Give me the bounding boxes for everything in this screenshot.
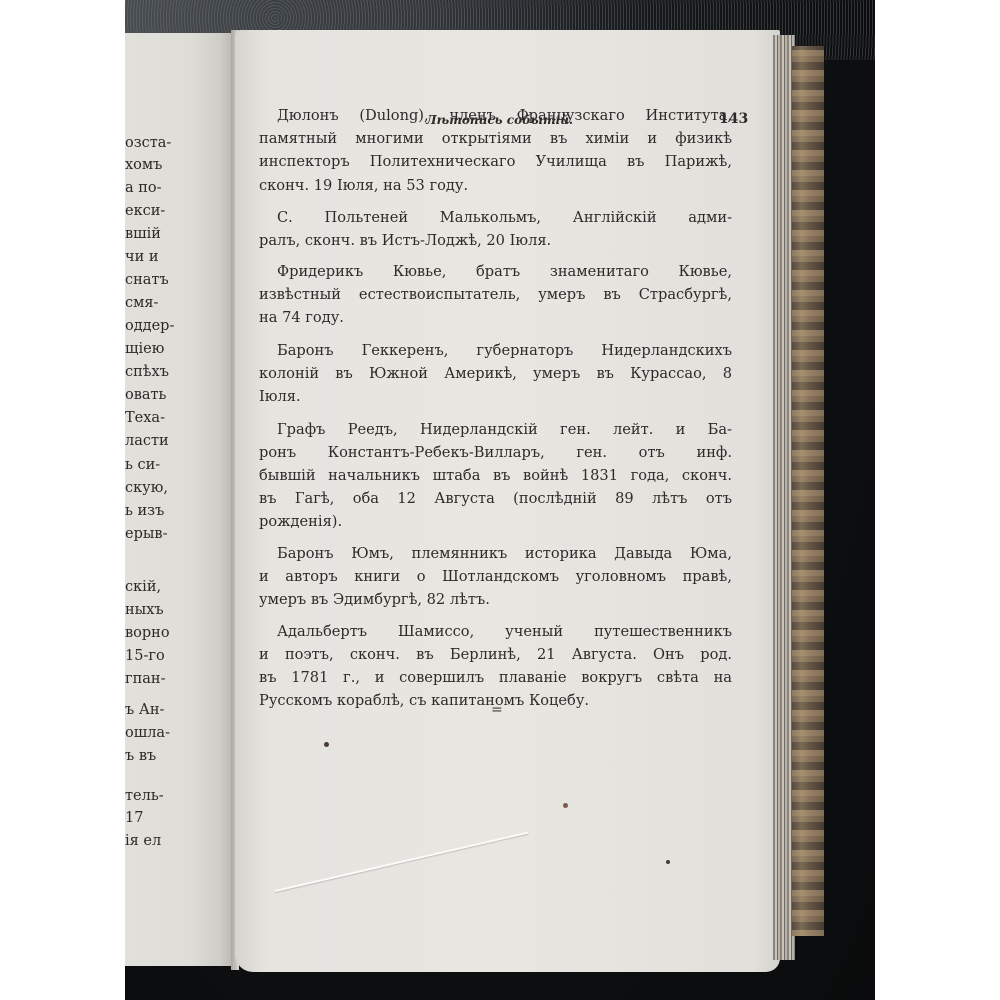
left-text-fragment: озста- xyxy=(125,135,171,151)
text-line: и авторъ книги о Шотландскомъ уголовномъ… xyxy=(259,568,732,585)
left-text-fragment: смя- xyxy=(125,295,158,311)
left-text-fragment: гпан- xyxy=(125,671,165,687)
text-line: въ Гагѣ, оба 12 Августа (послѣдній 89 лѣ… xyxy=(259,490,732,507)
left-text-fragment: ерыв- xyxy=(125,526,167,542)
text-line: въ 1781 г., и совершилъ плаваніе вокругъ… xyxy=(259,669,732,686)
left-text-fragment: ворно xyxy=(125,625,170,641)
left-text-fragment: снатъ xyxy=(125,272,169,288)
left-text-fragment: Теха- xyxy=(125,410,165,426)
text-line: С. Польтеней Малькольмъ, Англійскій адми… xyxy=(277,209,732,226)
text-line: ралъ, сконч. въ Истъ-Лоджѣ, 20 Іюля. xyxy=(259,232,732,249)
left-text-fragment: скій, xyxy=(125,579,161,595)
text-line: Баронъ Юмъ, племянникъ историка Давыда Ю… xyxy=(277,545,732,562)
text-line: умеръ въ Эдимбургѣ, 82 лѣтъ. xyxy=(259,591,732,608)
left-text-fragment: ныхъ xyxy=(125,602,164,618)
left-text-fragment: спѣхъ xyxy=(125,364,169,380)
paper-crease xyxy=(275,832,529,892)
text-line: Графъ Реедъ, Нидерландскій ген. лейт. и … xyxy=(277,421,732,438)
book-photo: озста-хомъа по-екси-вшійчи иснатъсмя-одд… xyxy=(125,0,875,1000)
left-text-fragment: щіею xyxy=(125,341,164,357)
left-text-fragment: ъ въ xyxy=(125,748,156,764)
left-text-fragment: ія ел xyxy=(125,833,161,849)
left-text-fragment: оддер- xyxy=(125,318,174,334)
section-separator: = xyxy=(491,702,503,718)
text-line: инспекторъ Политехническаго Училища въ П… xyxy=(259,153,732,170)
text-line: Дюлонъ (Dulong), членъ Французскаго Инст… xyxy=(277,107,732,124)
ink-spot xyxy=(324,742,329,747)
text-line: Іюля. xyxy=(259,388,732,405)
foxing-spot xyxy=(563,803,568,808)
book-spine-edge xyxy=(792,46,824,936)
left-text-fragment: овать xyxy=(125,387,166,403)
left-text-fragment: вшій xyxy=(125,226,161,242)
text-line: ронъ Константъ-Ребекъ-Вилларъ, ген. отъ … xyxy=(259,444,732,461)
left-text-fragment: 15-го xyxy=(125,648,165,664)
text-line: Фридерикъ Кювье, братъ знаменитаго Кювье… xyxy=(277,263,732,280)
text-line: рожденія). xyxy=(259,513,732,530)
left-text-fragment: а по- xyxy=(125,180,162,196)
left-text-fragment: ошла- xyxy=(125,725,170,741)
left-text-fragment: ъ Ан- xyxy=(125,702,164,718)
left-text-fragment: ласти xyxy=(125,433,169,449)
right-page: Лѣтопись событій. 143 Дюлонъ (Dulong), ч… xyxy=(235,30,780,972)
left-text-fragment: скую, xyxy=(125,480,168,496)
text-line: на 74 году. xyxy=(259,309,732,326)
left-text-fragment: 17 xyxy=(125,810,143,826)
text-line: Адальбертъ Шамиссо, ученый путешественни… xyxy=(277,623,732,640)
text-line: колоній въ Южной Америкѣ, умеръ въ Курас… xyxy=(259,365,732,382)
left-text-fragment: чи и xyxy=(125,249,159,265)
text-line: памятный многими открытіями въ химіи и ф… xyxy=(259,130,732,147)
text-line: и поэтъ, сконч. въ Берлинѣ, 21 Августа. … xyxy=(259,646,732,663)
left-text-fragment: ь изъ xyxy=(125,503,164,519)
ink-spot xyxy=(666,860,670,864)
text-line: извѣстный естествоиспытатель, умеръ въ С… xyxy=(259,286,732,303)
left-text-fragment: ь си- xyxy=(125,457,160,473)
text-line: бывшій начальникъ штаба въ войнѣ 1831 го… xyxy=(259,467,732,484)
left-text-fragment: екси- xyxy=(125,203,165,219)
text-line: Баронъ Геккеренъ, губернаторъ Нидерландс… xyxy=(277,342,732,359)
left-text-fragment: тель- xyxy=(125,788,164,804)
text-line: сконч. 19 Іюля, на 53 году. xyxy=(259,177,732,194)
left-page: озста-хомъа по-екси-вшійчи иснатъсмя-одд… xyxy=(125,33,233,966)
left-text-fragment: хомъ xyxy=(125,157,162,173)
